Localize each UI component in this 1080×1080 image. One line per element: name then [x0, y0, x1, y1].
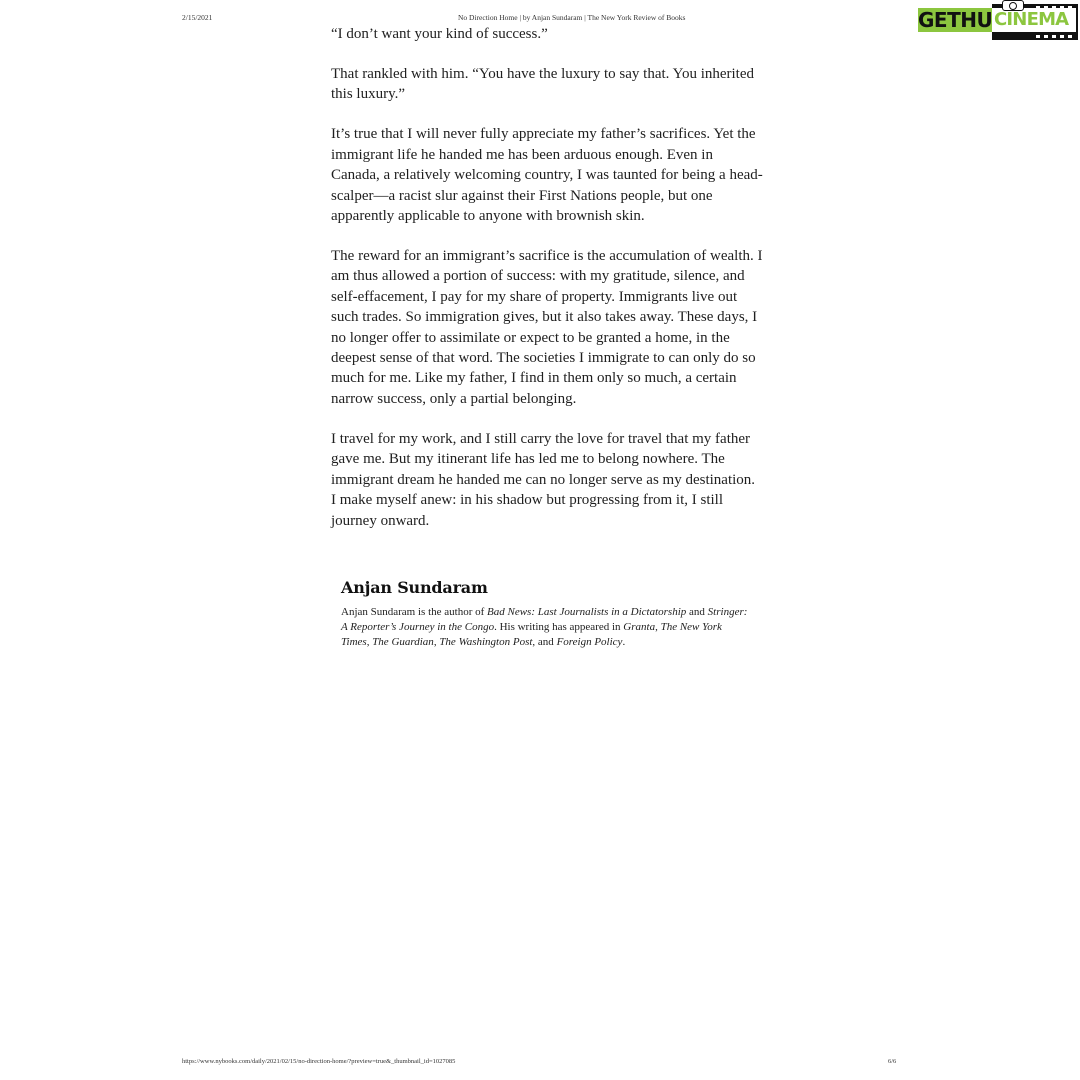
- bio-text-segment: , and: [532, 636, 556, 648]
- publication-name: The Washington Post: [439, 636, 532, 648]
- publication-name: Foreign Policy: [557, 636, 623, 648]
- watermark-text-cinema: CINEMA: [992, 8, 1076, 32]
- article-paragraph: The reward for an immigrant’s sacrifice …: [331, 246, 763, 409]
- print-header-title: No Direction Home | by Anjan Sundaram | …: [458, 13, 685, 22]
- author-bio: Anjan Sundaram Anjan Sundaram is the aut…: [341, 578, 751, 650]
- print-footer-url: https://www.nybooks.com/daily/2021/02/15…: [182, 1058, 455, 1065]
- author-bio-text: Anjan Sundaram is the author of Bad News…: [341, 605, 751, 650]
- bio-text-segment: .: [622, 636, 625, 648]
- watermark-logo: GETHU CINEMA: [918, 0, 1080, 44]
- publication-name: Granta: [623, 621, 655, 633]
- article-body: “I don’t want your kind of success.” Tha…: [331, 24, 763, 551]
- author-name: Anjan Sundaram: [341, 578, 751, 597]
- article-paragraph: It’s true that I will never fully apprec…: [331, 124, 763, 226]
- book-title: Bad News: Last Journalists in a Dictator…: [487, 606, 686, 618]
- film-holes-bottom: [1036, 35, 1076, 38]
- print-footer-page-number: 6/6: [888, 1058, 896, 1065]
- article-paragraph: I travel for my work, and I still carry …: [331, 429, 763, 531]
- publication-name: The Guardian: [372, 636, 434, 648]
- bio-text-segment: . His writing has appeared in: [494, 621, 623, 633]
- article-paragraph: “I don’t want your kind of success.”: [331, 24, 763, 44]
- camera-icon: [1002, 0, 1024, 11]
- bio-text-segment: and: [686, 606, 707, 618]
- print-header-date: 2/15/2021: [182, 13, 212, 22]
- article-paragraph: That rankled with him. “You have the lux…: [331, 64, 763, 105]
- bio-text-segment: Anjan Sundaram is the author of: [341, 606, 487, 618]
- watermark-text-gethu: GETHU: [918, 8, 992, 32]
